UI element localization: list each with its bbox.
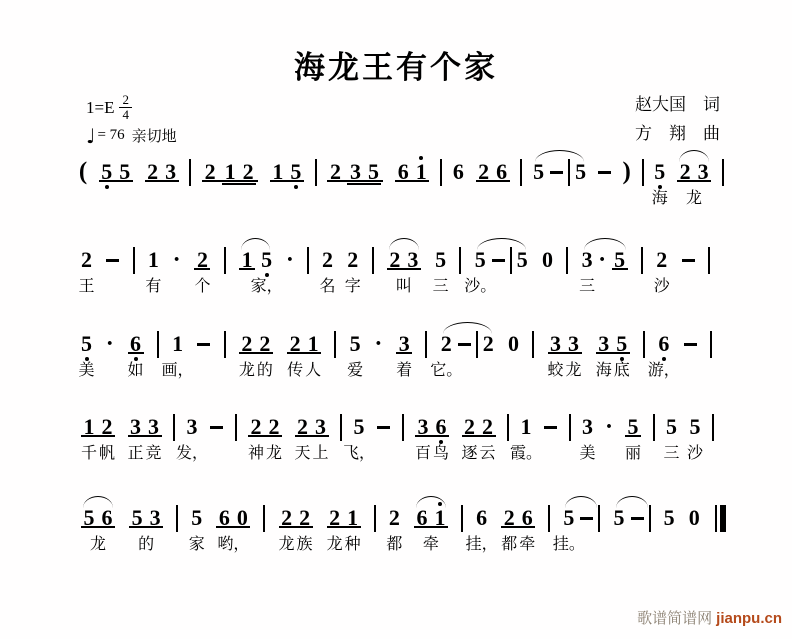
note: 2天 (296, 414, 309, 440)
barline (307, 247, 309, 274)
barline (372, 247, 374, 274)
lyric: 个 (194, 277, 210, 297)
lyric: 美 (579, 444, 595, 464)
note: - (630, 505, 645, 531)
note: 5家 (190, 505, 203, 531)
note-group: 1千2帆 (80, 414, 116, 440)
slur: 56龙 (78, 505, 118, 531)
lyric: 爱 (347, 361, 363, 381)
note-group: 3正3竞 (127, 414, 163, 440)
score-line-3: 5美·6如1画，-2龙2的2传1人5爱·3着2它。-203蛟3龙3海5底6游，- (78, 331, 714, 358)
barline (425, 331, 427, 358)
lyric: 天 (294, 444, 310, 464)
note-group: 3海5底 (595, 331, 631, 357)
note: 1 (433, 505, 446, 531)
slur: 23叫 (384, 247, 424, 273)
note: 2 (329, 159, 342, 185)
note: 2名 (321, 247, 334, 273)
lyric: 神 (248, 444, 264, 464)
barline (568, 159, 570, 186)
note: 6 (415, 505, 428, 531)
note-group: 26 (475, 159, 511, 185)
lyric: 牵 (423, 535, 439, 555)
watermark-site-url: jianpu.cn (716, 610, 782, 627)
note: 2帆 (101, 414, 114, 440)
barline (653, 414, 655, 441)
lyric: 上 (312, 444, 328, 464)
note: 5家， (260, 247, 273, 273)
score-line-1: (552321215235616265-5-)5海23龙 (76, 159, 726, 186)
note: - (196, 331, 211, 357)
lyric: 着 (396, 361, 412, 381)
note-group: 12 (221, 159, 257, 185)
score-line-5: 56龙53的5家60哟，2龙2族2龙1种2都61牵6挂，2都6牵5挂。-5-50 (78, 505, 726, 532)
note: 2云 (481, 414, 494, 440)
note-group: 235 (326, 159, 384, 185)
note: 5 (627, 414, 640, 440)
barline (476, 331, 478, 358)
note: - (376, 414, 391, 440)
note: 2 (477, 159, 490, 185)
note-group: 60哟， (215, 505, 251, 531)
note: 3百 (417, 414, 430, 440)
note: 1人 (307, 331, 320, 357)
note: 3 (349, 159, 362, 185)
note: 0 (541, 247, 554, 273)
note: 2龙 (280, 505, 293, 531)
lyric: 龙 (266, 444, 282, 464)
barline (461, 505, 463, 532)
song-title: 海龙王有个家 (0, 42, 792, 87)
sheet-music-page: 海龙王有个家 赵大国 词 方 翔 曲 1=E 2 4 ♩ = 76 亲切地 (5… (0, 0, 792, 639)
note-group: 2逐2云 (461, 414, 497, 440)
lyric: 龙 (566, 361, 582, 381)
note: 1种 (346, 505, 359, 531)
note: 3竞 (147, 414, 160, 440)
note: 3 (164, 159, 177, 185)
note: 1 (271, 159, 284, 185)
note: 3三 (581, 247, 594, 273)
note: 5爱 (349, 331, 362, 357)
note: 6 (129, 331, 142, 357)
lyric: 飞， (343, 444, 375, 464)
lyric: 龙 (90, 535, 106, 555)
barline (722, 159, 724, 186)
note: 1千 (83, 414, 96, 440)
note: · (374, 331, 383, 357)
note: 0 (688, 505, 701, 531)
lyric: 龙 (239, 361, 255, 381)
lyric: 家， (251, 277, 283, 297)
note: 6挂， (475, 505, 488, 531)
barline (224, 331, 226, 358)
lyric: 游， (648, 361, 680, 381)
note-group: 61牵 (413, 505, 449, 531)
note: · (605, 414, 614, 440)
lyric: 有 (145, 277, 161, 297)
slur: 5-5 (530, 159, 589, 186)
barline (157, 331, 159, 358)
note-group: 2龙1种 (326, 505, 362, 531)
lyric: 人 (305, 361, 321, 381)
lyric: 挂。 (553, 535, 585, 555)
lyric: 底 (614, 361, 630, 381)
note: - (683, 331, 698, 357)
lyric: 的 (138, 535, 154, 555)
key-tempo-block: 1=E 2 4 ♩ = 76 亲切地 (86, 93, 177, 146)
note: 1 (415, 159, 428, 185)
barline (642, 159, 644, 186)
lyric: 海 (652, 189, 668, 209)
note: 6 (397, 159, 410, 185)
note: 2 (204, 159, 217, 185)
lyric: 的 (257, 361, 273, 381)
note: 5海 (653, 159, 666, 185)
note: · (285, 247, 294, 273)
note: 2都 (388, 505, 401, 531)
note-group: 61 (394, 159, 430, 185)
score-line-2: 2王-1有·2个15家，·2名2字23叫5三5沙。-503三·52沙- (78, 247, 712, 274)
note: - (209, 414, 224, 440)
note: 2 (679, 159, 692, 185)
lyric: 逐 (461, 444, 477, 464)
note-group: 56龙 (80, 505, 116, 531)
barline (402, 414, 404, 441)
time-signature-denominator: 4 (122, 108, 129, 122)
note: 6牵 (521, 505, 534, 531)
expression-text: 亲切地 (132, 125, 177, 146)
note: 2逐 (463, 414, 476, 440)
note: 2王 (80, 247, 93, 273)
note: 3 (406, 247, 419, 273)
note: 5 (532, 159, 545, 185)
barline (520, 159, 522, 186)
note: 3龙 (567, 331, 580, 357)
note: 2沙 (655, 247, 668, 273)
note: 2神 (250, 414, 263, 440)
note: 3美 (581, 414, 594, 440)
note: - (579, 505, 594, 531)
note: 6 (218, 505, 231, 531)
note-group: 2都6牵 (500, 505, 536, 531)
note: 0 (507, 331, 520, 357)
note: 5三 (434, 247, 447, 273)
note: - (105, 247, 120, 273)
lyric: 正 (127, 444, 143, 464)
note-group: 23叫 (386, 247, 422, 273)
note: 1霞。 (520, 414, 533, 440)
quarter-note-icon: ♩ (86, 127, 95, 145)
lyric: 三 (433, 277, 449, 297)
note: 5飞， (353, 414, 366, 440)
note: 5 (516, 247, 529, 273)
barline (641, 247, 643, 274)
lyric: 龙 (327, 535, 343, 555)
note: - (491, 247, 506, 273)
note: 1 (224, 159, 237, 185)
barline (440, 159, 442, 186)
note: 0 (236, 505, 249, 531)
lyric: 发， (176, 444, 208, 464)
lyric: 百 (415, 444, 431, 464)
note: 5 (663, 505, 676, 531)
lyric: 种 (345, 535, 361, 555)
note: - (549, 159, 564, 185)
note: ( (78, 159, 88, 185)
note: 5 (289, 159, 302, 185)
note-group: 212 (201, 159, 259, 185)
note: 6 (452, 159, 465, 185)
lyric: 哟， (217, 535, 249, 555)
slur: 5沙。-5 (472, 247, 531, 274)
barline (598, 505, 600, 532)
note-group: 6如 (127, 331, 145, 357)
lyric: 云 (479, 444, 495, 464)
note: 2龙 (328, 505, 341, 531)
note: 6游， (657, 331, 670, 357)
barline (507, 414, 509, 441)
note: 2龙 (268, 414, 281, 440)
note: 1画， (171, 331, 184, 357)
slur: 5- (611, 505, 653, 532)
lyric: 传 (287, 361, 303, 381)
barline (459, 247, 461, 274)
note-group: 5 (611, 247, 629, 273)
barline (176, 505, 178, 532)
barline (235, 414, 237, 441)
barline (263, 505, 265, 532)
lyric: 王 (78, 277, 94, 297)
barline (708, 247, 710, 274)
note-group: 2龙2的 (238, 331, 274, 357)
note: 1 (241, 247, 254, 273)
lyric: 帆 (99, 444, 115, 464)
barline (566, 247, 568, 274)
time-signature-numerator: 2 (119, 93, 132, 108)
note: - (681, 247, 696, 273)
lyric: 名 (319, 277, 335, 297)
note: 3 (149, 505, 162, 531)
note: 5挂。 (562, 505, 575, 531)
lyric: 竞 (145, 444, 161, 464)
note: 3发， (186, 414, 199, 440)
note: 2的 (258, 331, 271, 357)
note: - (597, 159, 612, 185)
key-signature: 1=E (86, 98, 114, 118)
slur: 5挂。- (560, 505, 602, 532)
note: 5 (613, 505, 626, 531)
lyric: 都 (386, 535, 402, 555)
note-group: 3百6鸟 (414, 414, 450, 440)
lyric: 字 (345, 277, 361, 297)
note: 5 (118, 159, 131, 185)
note: 3海 (597, 331, 610, 357)
composer-credit: 方 翔 曲 (635, 119, 720, 148)
watermark-site-name: 歌谱简谱网 (637, 610, 712, 627)
note: 2 (482, 331, 495, 357)
note-group: 3蛟3龙 (547, 331, 583, 357)
barline (532, 331, 534, 358)
note: 6鸟 (435, 414, 448, 440)
lyric: 沙 (687, 444, 703, 464)
barline (649, 505, 651, 532)
note: 5 (131, 505, 144, 531)
score-line-4: 1千2帆3正3竞3发，-2神2龙2天3上5飞，-3百6鸟2逐2云1霞。-3美·5… (78, 414, 716, 441)
note-group: 2神2龙 (247, 414, 283, 440)
note-group: 5丽 (624, 414, 642, 440)
credits: 赵大国 词 方 翔 曲 (635, 90, 720, 148)
note-group: 2龙2族 (278, 505, 314, 531)
note: 1有 (147, 247, 160, 273)
tempo-value: = 76 (97, 127, 124, 144)
note-group: 2个 (193, 247, 211, 273)
note: 3 (697, 159, 710, 185)
note: 5 (367, 159, 380, 185)
note-group: 2天3上 (294, 414, 330, 440)
note-group: 23 (144, 159, 180, 185)
lyric: 挂， (466, 535, 498, 555)
slur: 61牵 (411, 505, 451, 531)
barline (334, 331, 336, 358)
slur: 2它。-2 (438, 331, 497, 358)
lyric: 都 (501, 535, 517, 555)
note: 5 (613, 247, 626, 273)
lyric: 丽 (625, 444, 641, 464)
lyric: 它。 (430, 361, 462, 381)
note: 2龙 (240, 331, 253, 357)
note: · (172, 247, 181, 273)
lyric: 三 (579, 277, 595, 297)
lyric: 海 (596, 361, 612, 381)
slur: 3三·5 (579, 247, 631, 273)
lyric: 叫 (396, 277, 412, 297)
barline (133, 247, 135, 274)
lyric: 沙 (654, 277, 670, 297)
barline (340, 414, 342, 441)
lyric: 三 (663, 444, 679, 464)
note: 3蛟 (549, 331, 562, 357)
note: - (543, 414, 558, 440)
note: 2 (242, 159, 255, 185)
barline (510, 247, 512, 274)
barline (643, 331, 645, 358)
note: 6 (495, 159, 508, 185)
lyric: 沙。 (464, 277, 496, 297)
lyric: 鸟 (433, 444, 449, 464)
note: 6 (101, 505, 114, 531)
lyric: 美 (78, 361, 94, 381)
tempo-marking: ♩ = 76 亲切地 (86, 125, 177, 146)
note: 2 (146, 159, 159, 185)
note-group: 1 (238, 247, 256, 273)
note: 5沙。 (474, 247, 487, 273)
lyric: 族 (297, 535, 313, 555)
lyricist-credit: 赵大国 词 (635, 90, 720, 119)
watermark: 歌谱简谱网jianpu.cn (637, 607, 782, 628)
note: 3 (398, 331, 411, 357)
barline (710, 331, 712, 358)
note: 5 (83, 505, 96, 531)
barline (315, 159, 317, 186)
note: 2族 (298, 505, 311, 531)
slur: 23龙 (674, 159, 714, 185)
note: 2它。 (440, 331, 453, 357)
note: 5沙 (689, 414, 702, 440)
final-barline (715, 505, 726, 532)
note: 5底 (615, 331, 628, 357)
note-group: 2传1人 (286, 331, 322, 357)
lyric: 蛟 (548, 361, 564, 381)
barline (712, 414, 714, 441)
note: - (457, 331, 472, 357)
note: 2传 (289, 331, 302, 357)
note-group: 15 (269, 159, 305, 185)
barline (548, 505, 550, 532)
note: 2字 (346, 247, 359, 273)
note: 2 (388, 247, 401, 273)
note: 2都 (503, 505, 516, 531)
lyric: 龙 (279, 535, 295, 555)
lyric: 霞。 (510, 444, 542, 464)
note: · (105, 331, 114, 357)
barline (569, 414, 571, 441)
barline (189, 159, 191, 186)
lyric: 龙 (686, 189, 702, 209)
lyric: 家 (189, 535, 205, 555)
note: 3上 (314, 414, 327, 440)
slur: 15家， (236, 247, 275, 273)
note-group: 23龙 (676, 159, 712, 185)
note: 3正 (129, 414, 142, 440)
barline (224, 247, 226, 274)
lyric: 如 (128, 361, 144, 381)
lyric: 画， (162, 361, 194, 381)
barline (173, 414, 175, 441)
barline (374, 505, 376, 532)
note-group: 55 (98, 159, 134, 185)
note-group: 35 (346, 159, 382, 185)
note: 5 (100, 159, 113, 185)
time-signature: 2 4 (119, 93, 132, 122)
note-group: 3着 (395, 331, 413, 357)
note: 5 (574, 159, 587, 185)
note: ) (622, 159, 632, 185)
note: 5美 (80, 331, 93, 357)
note: · (598, 247, 607, 273)
lyric: 牵 (519, 535, 535, 555)
key-signature-row: 1=E 2 4 (86, 93, 177, 122)
note-group: 53的 (128, 505, 164, 531)
lyric: 千 (81, 444, 97, 464)
note: 5三 (665, 414, 678, 440)
note: 2 (196, 247, 209, 273)
